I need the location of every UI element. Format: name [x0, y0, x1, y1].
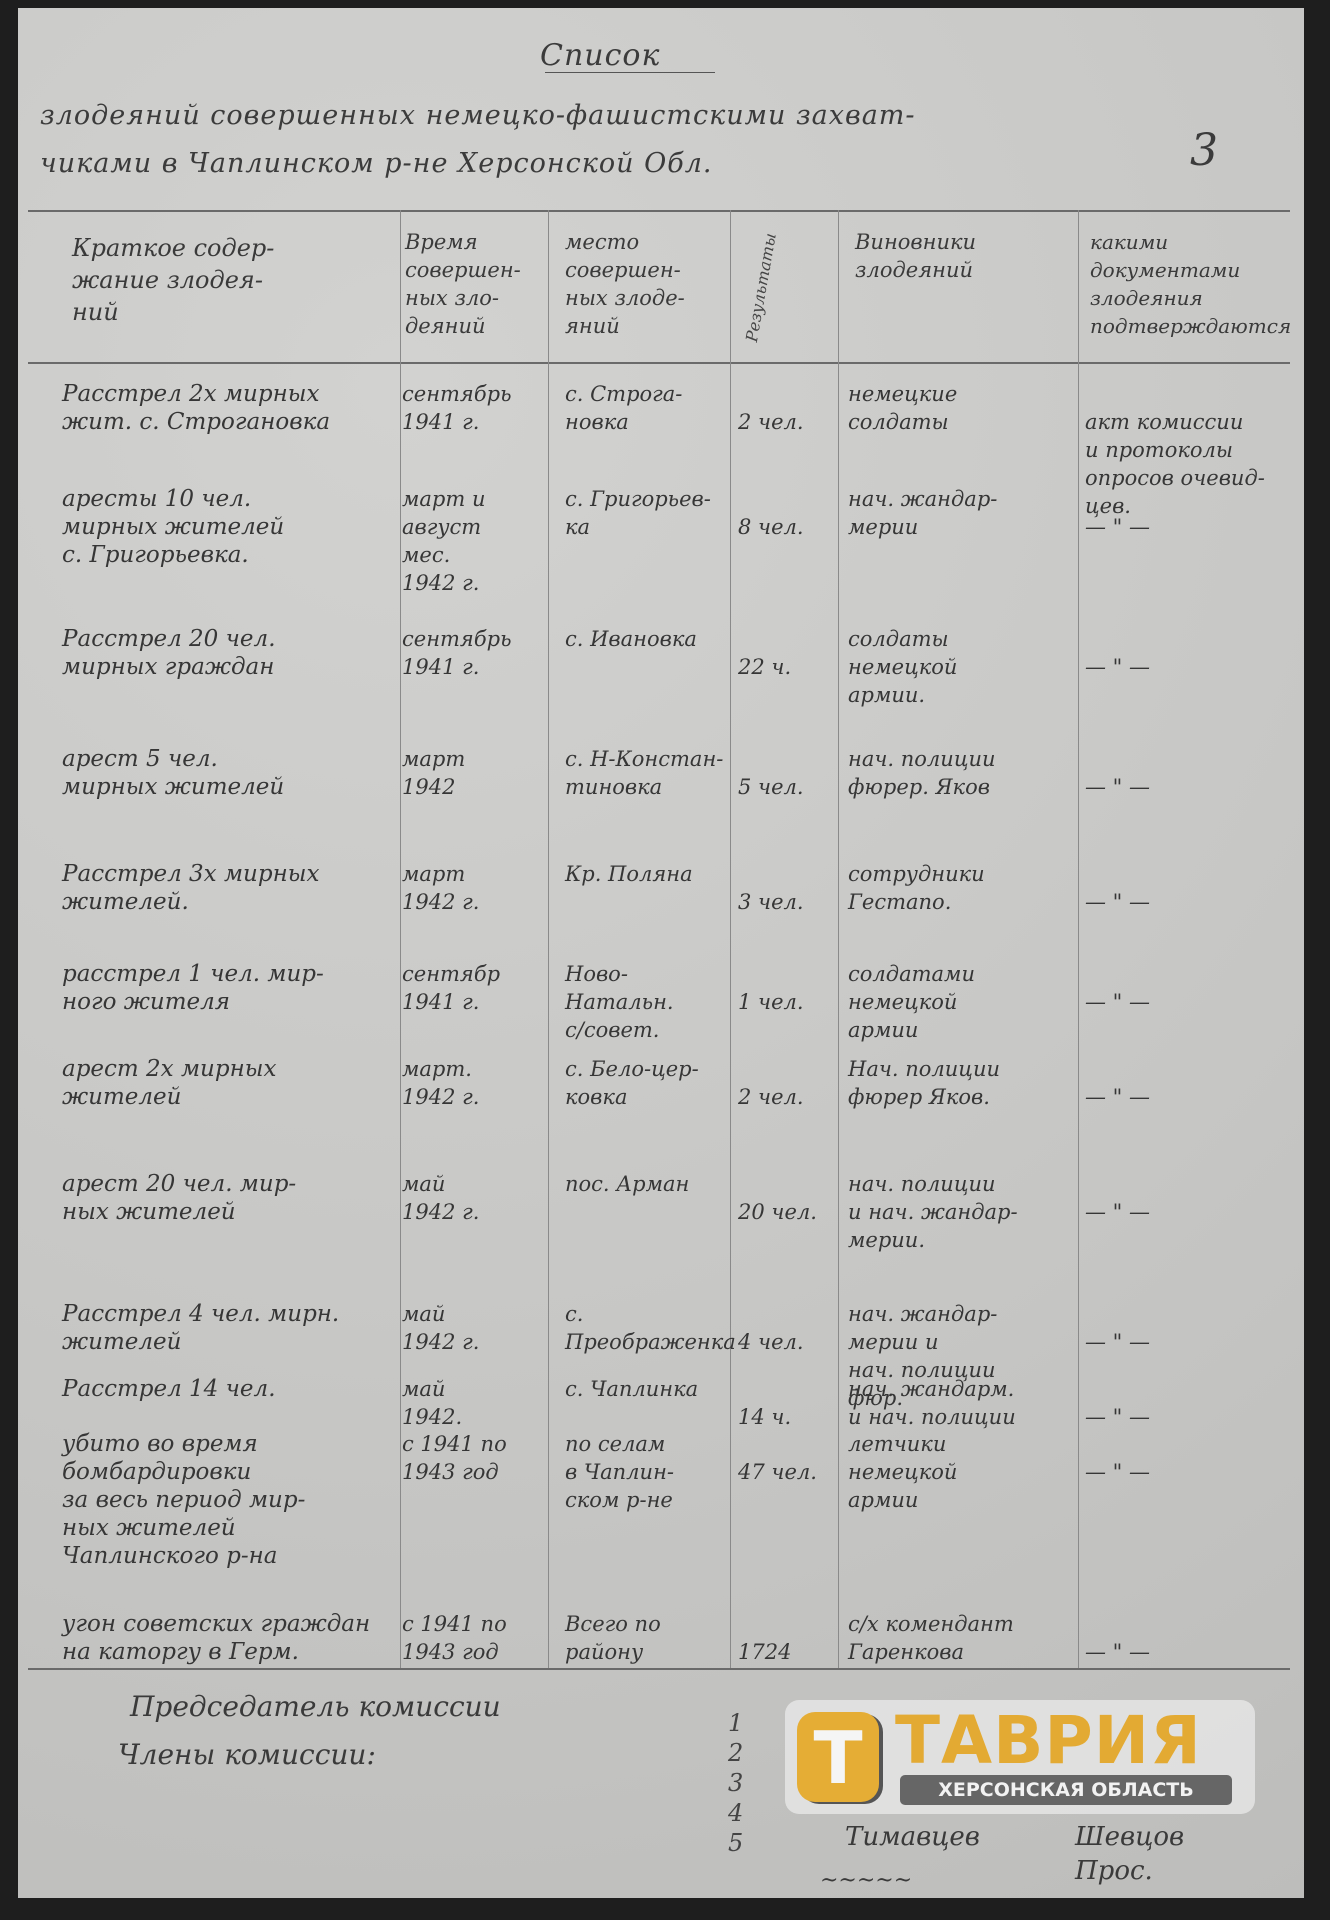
cell-place: с. Бело-цер- ковка	[565, 1055, 735, 1111]
cell-time: сентябрь 1941 г.	[402, 625, 547, 681]
cell-content: Расстрел 4 чел. мирн. жителей	[62, 1300, 402, 1356]
column-divider	[1078, 210, 1079, 1668]
cell-documents: — " —	[1085, 1638, 1295, 1666]
cell-documents: акт комиссии и протоколы опросов очевид-…	[1085, 408, 1295, 520]
cell-time: март и август мес. 1942 г.	[402, 485, 547, 597]
cell-culprits: сотрудники Гестапо.	[848, 860, 1078, 916]
table-top-rule	[28, 210, 1290, 212]
cell-content: убито во время бомбардировки за весь пер…	[62, 1430, 402, 1570]
cell-documents: — " —	[1085, 1083, 1295, 1111]
cell-place: пос. Арман	[565, 1170, 735, 1198]
cell-result: 5 чел.	[738, 773, 838, 801]
cell-time: с 1941 по 1943 год	[402, 1430, 547, 1486]
cell-place: с. Строга- новка	[565, 380, 735, 436]
cell-result: 2 чел.	[738, 408, 838, 436]
cell-time: март 1942 г.	[402, 860, 547, 916]
header-content: Краткое содер- жание злодея- ний	[72, 232, 392, 328]
header-culprits: Виновники злодеяний	[855, 228, 1075, 284]
cell-documents: — " —	[1085, 988, 1295, 1016]
cell-place: с. Н-Констан- тиновка	[565, 745, 735, 801]
cell-culprits: солдатами немецкой армии	[848, 960, 1078, 1044]
cell-content: аресты 10 чел. мирных жителей с. Григорь…	[62, 485, 402, 569]
cell-culprits: нач. жандарм. и нач. полиции	[848, 1375, 1078, 1431]
logo-t-icon: Т	[797, 1712, 879, 1802]
logo-name: ТАВРИЯ	[895, 1702, 1202, 1779]
watermark-logo: Т ТАВРИЯ ХЕРСОНСКАЯ ОБЛАСТЬ	[785, 1700, 1255, 1814]
header-bottom-rule	[28, 362, 1290, 364]
cell-time: май 1942.	[402, 1375, 547, 1431]
cell-result: 1724	[738, 1638, 838, 1666]
signature: Шевцов	[1075, 1822, 1184, 1852]
document-title: Список	[540, 38, 660, 73]
document-subtitle-line2: чиками в Чаплинском р-не Херсонской Обл.	[40, 148, 713, 179]
cell-place: Всего по району	[565, 1610, 735, 1666]
cell-place: с. Ивановка	[565, 625, 735, 653]
cell-result: 3 чел.	[738, 888, 838, 916]
cell-culprits: нач. жандар- мерии	[848, 485, 1078, 541]
cell-time: май 1942 г.	[402, 1300, 547, 1356]
cell-time: май 1942 г.	[402, 1170, 547, 1226]
cell-result: 47 чел.	[738, 1458, 838, 1486]
cell-content: расстрел 1 чел. мир- ного жителя	[62, 960, 402, 1016]
cell-documents: — " —	[1085, 1198, 1295, 1226]
cell-documents: — " —	[1085, 773, 1295, 801]
logo-region: ХЕРСОНСКАЯ ОБЛАСТЬ	[900, 1775, 1232, 1805]
cell-culprits: с/х комендант Гаренкова	[848, 1610, 1078, 1666]
cell-culprits: нач. полиции и нач. жандар- мерии.	[848, 1170, 1078, 1254]
cell-time: сентябр 1941 г.	[402, 960, 547, 1016]
member-numbers: 1 2 3 4 5	[728, 1708, 743, 1858]
cell-place: с. Преображенка	[565, 1300, 735, 1356]
cell-result: 14 ч.	[738, 1403, 838, 1431]
cell-content: арест 2х мирных жителей	[62, 1055, 402, 1111]
cell-place: с. Григорьев- ка	[565, 485, 735, 541]
cell-result: 22 ч.	[738, 653, 838, 681]
cell-culprits: летчики немецкой армии	[848, 1430, 1078, 1514]
document-subtitle-line1: злодеяний совершенных немецко-фашистским…	[40, 100, 916, 131]
title-underline	[545, 72, 715, 73]
chairman-label: Председатель комиссии	[130, 1690, 501, 1723]
cell-time: сентябрь 1941 г.	[402, 380, 547, 436]
column-divider	[548, 210, 549, 1668]
cell-content: Расстрел 3х мирных жителей.	[62, 860, 402, 916]
cell-content: арест 20 чел. мир- ных жителей	[62, 1170, 402, 1226]
signature-scribble: ~~~~~	[820, 1868, 912, 1893]
members-label: Члены комиссии:	[118, 1738, 376, 1771]
cell-result: 20 чел.	[738, 1198, 838, 1226]
cell-documents: — " —	[1085, 1458, 1295, 1486]
cell-time: март. 1942 г.	[402, 1055, 547, 1111]
cell-documents: — " —	[1085, 1328, 1295, 1356]
cell-documents: — " —	[1085, 1403, 1295, 1431]
cell-result: 4 чел.	[738, 1328, 838, 1356]
cell-content: Расстрел 14 чел.	[62, 1375, 402, 1403]
cell-content: Расстрел 2х мирных жит. с. Строгановка	[62, 380, 402, 436]
cell-result: 8 чел.	[738, 513, 838, 541]
cell-culprits: немецкие солдаты	[848, 380, 1078, 436]
cell-time: март 1942	[402, 745, 547, 801]
cell-culprits: солдаты немецкой армии.	[848, 625, 1078, 709]
column-divider	[838, 210, 839, 1668]
cell-place: Ново-Натальн. с/совет.	[565, 960, 735, 1044]
cell-documents: — " —	[1085, 888, 1295, 916]
cell-culprits: Нач. полиции фюрер Яков.	[848, 1055, 1078, 1111]
cell-content: Расстрел 20 чел. мирных граждан	[62, 625, 402, 681]
cell-place: по селам в Чаплин- ском р-не	[565, 1430, 735, 1514]
cell-culprits: нач. полиции фюрер. Яков	[848, 745, 1078, 801]
cell-place: Кр. Поляна	[565, 860, 735, 888]
table-bottom-rule	[28, 1668, 1290, 1670]
header-time: Время совершен- ных зло- деяний	[405, 228, 545, 340]
signature: Прос.	[1075, 1856, 1153, 1886]
cell-documents: — " —	[1085, 513, 1295, 541]
signature: Тимавцев	[845, 1822, 980, 1852]
cell-documents: — " —	[1085, 653, 1295, 681]
page-number: 3	[1190, 125, 1219, 176]
cell-result: 2 чел.	[738, 1083, 838, 1111]
cell-content: арест 5 чел. мирных жителей	[62, 745, 402, 801]
cell-content: угон советских граждан на каторгу в Герм…	[62, 1610, 402, 1666]
cell-time: с 1941 по 1943 год	[402, 1610, 547, 1666]
cell-result: 1 чел.	[738, 988, 838, 1016]
header-documents: какими документами злодеяния подтверждаю…	[1090, 228, 1300, 340]
cell-place: с. Чаплинка	[565, 1375, 735, 1403]
header-place: место совершен- ных злоде- яний	[565, 228, 725, 340]
